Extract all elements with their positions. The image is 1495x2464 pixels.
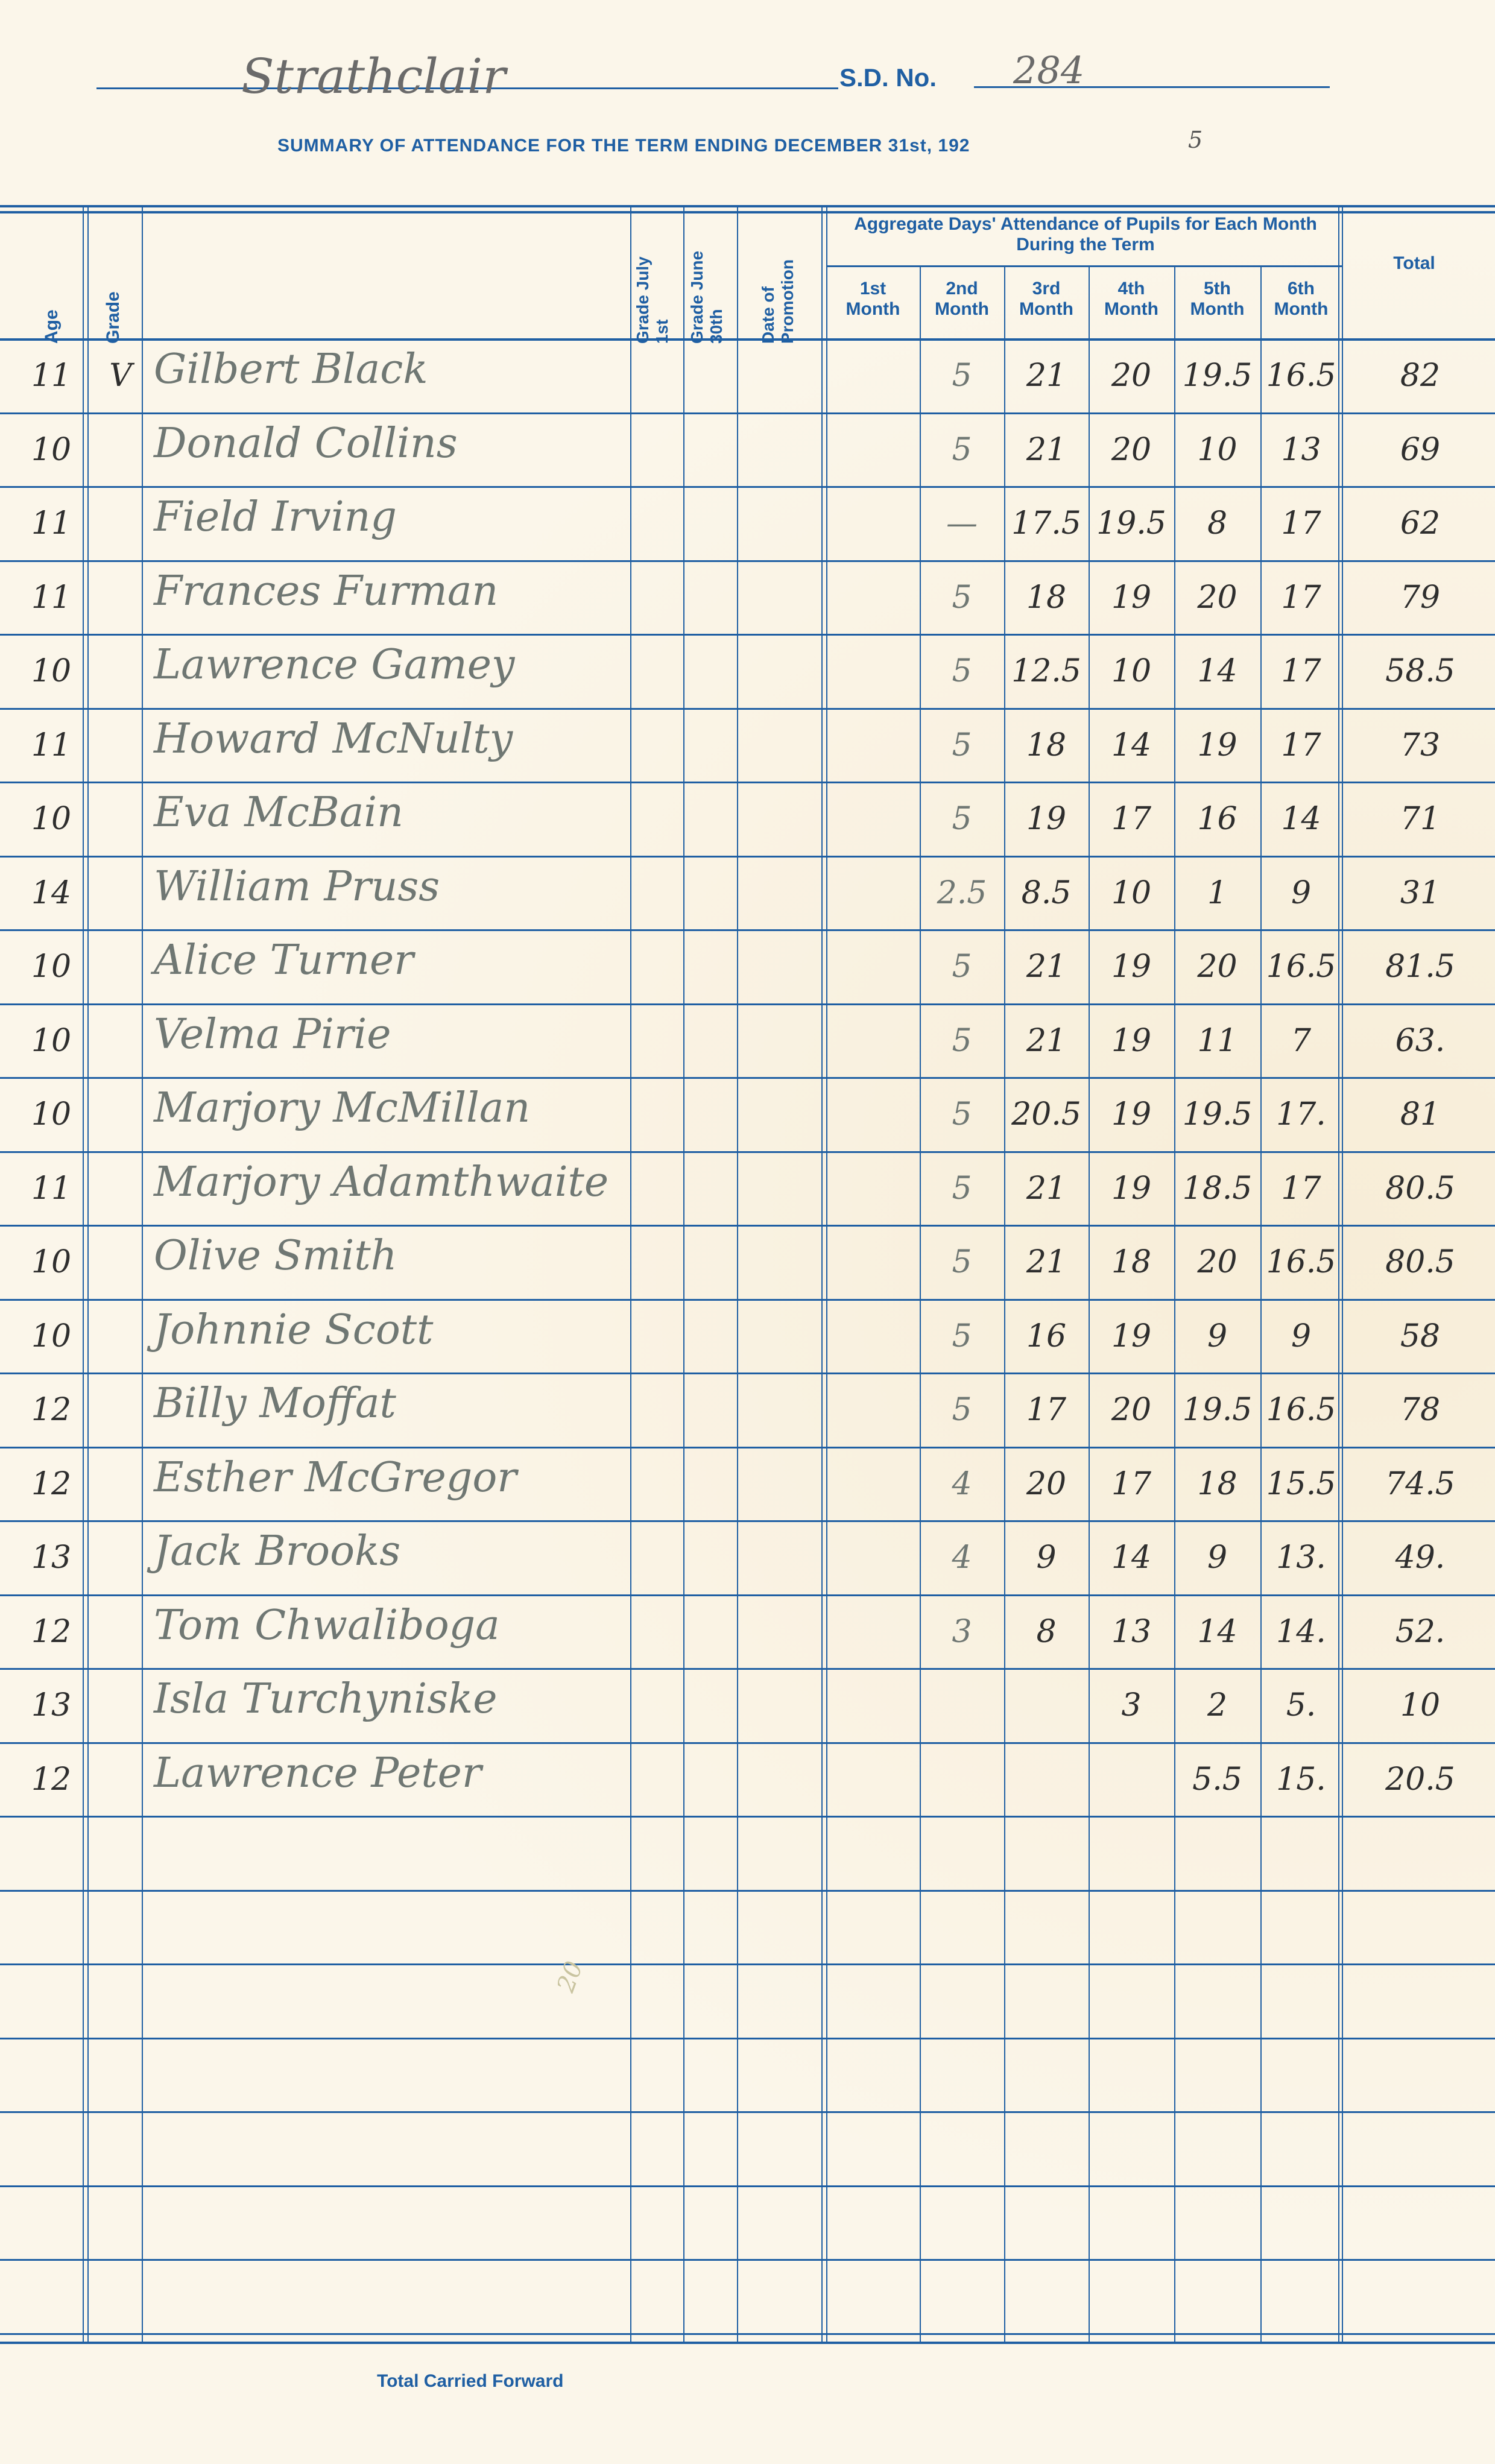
table-rule <box>0 1003 1495 1005</box>
pupil-name: Velma Pirie <box>154 1017 391 1053</box>
table-rule <box>0 2342 1495 2344</box>
attendance-month-6: 14. <box>1259 1614 1344 1650</box>
attendance-month-3: 9 <box>1004 1540 1089 1576</box>
pupil-age: 10 <box>12 1244 90 1280</box>
pupil-name: Howard McNulty <box>154 721 513 757</box>
attendance-total: 10 <box>1354 1687 1487 1723</box>
attendance-total: 49. <box>1354 1540 1487 1576</box>
attendance-month-3: 8.5 <box>1004 875 1089 911</box>
attendance-month-6: 9 <box>1259 1318 1344 1354</box>
attendance-month-6: 16.5 <box>1259 1244 1344 1280</box>
attendance-month-4: 19 <box>1089 580 1174 616</box>
school-name: Strathclair <box>241 48 505 104</box>
column-header-promotion: Date of Promotion <box>759 211 798 344</box>
attendance-month-6: 17 <box>1259 727 1344 763</box>
attendance-month-2: 5 <box>920 1318 1004 1354</box>
attendance-month-2: 5 <box>920 949 1004 985</box>
pupil-name: Olive Smith <box>154 1238 397 1274</box>
column-header-total: Total <box>1345 253 1484 274</box>
column-rule <box>826 205 827 2344</box>
attendance-total: 69 <box>1354 432 1487 468</box>
attendance-month-3: 18 <box>1004 580 1089 616</box>
table-rule <box>0 2185 1495 2187</box>
attendance-total: 73 <box>1354 727 1487 763</box>
table-rule <box>0 1299 1495 1301</box>
table-rule <box>0 1447 1495 1448</box>
attendance-month-6: 7 <box>1259 1023 1344 1059</box>
attendance-month-5: 2 <box>1175 1687 1260 1723</box>
attendance-total: 74.5 <box>1354 1466 1487 1502</box>
attendance-month-5: 14 <box>1175 653 1260 689</box>
attendance-month-4: 17 <box>1089 801 1174 837</box>
attendance-month-3: 8 <box>1004 1614 1089 1650</box>
attendance-month-3: 19 <box>1004 801 1089 837</box>
summary-year-digit: 5 <box>1188 127 1203 153</box>
attendance-month-6: 16.5 <box>1259 1392 1344 1428</box>
pupil-age: 11 <box>12 1170 90 1207</box>
pupil-age: 13 <box>12 1687 90 1723</box>
pupil-age: 12 <box>12 1761 90 1798</box>
pupil-name: Field Irving <box>154 499 397 535</box>
table-rule <box>0 1151 1495 1153</box>
pupil-name: Marjory Adamthwaite <box>154 1164 608 1201</box>
pupil-name: Alice Turner <box>154 943 414 979</box>
column-rule <box>737 205 738 2344</box>
column-header-month-4: 4thMonth <box>1089 279 1174 320</box>
attendance-month-4: 14 <box>1089 1540 1174 1576</box>
attendance-month-5: 8 <box>1175 505 1260 542</box>
pupil-name: Johnnie Scott <box>154 1312 433 1348</box>
attendance-month-5: 11 <box>1175 1023 1260 1059</box>
attendance-month-4: 20 <box>1089 1392 1174 1428</box>
attendance-total: 82 <box>1354 358 1487 394</box>
total-carried-forward-label: Total Carried Forward <box>377 2371 564 2392</box>
column-rule <box>683 205 684 2344</box>
attendance-month-5: 20 <box>1175 580 1260 616</box>
summary-title: SUMMARY OF ATTENDANCE FOR THE TERM ENDIN… <box>277 136 970 156</box>
attendance-month-4: 10 <box>1089 653 1174 689</box>
attendance-total: 80.5 <box>1354 1170 1487 1207</box>
attendance-month-3: 21 <box>1004 949 1089 985</box>
attendance-month-5: 19.5 <box>1175 1096 1260 1132</box>
column-rule <box>821 205 823 2344</box>
attendance-total: 52. <box>1354 1614 1487 1650</box>
attendance-month-2: 5 <box>920 1170 1004 1207</box>
column-rule <box>920 265 921 2344</box>
attendance-month-5: 14 <box>1175 1614 1260 1650</box>
attendance-month-5: 9 <box>1175 1540 1260 1576</box>
attendance-total: 31 <box>1354 875 1487 911</box>
column-header-month-6: 6thMonth <box>1260 279 1342 320</box>
attendance-total: 71 <box>1354 801 1487 837</box>
attendance-month-2: 5 <box>920 1023 1004 1059</box>
pupil-name: Jack Brooks <box>154 1534 400 1570</box>
pupil-age: 10 <box>12 432 90 468</box>
attendance-month-4: 20 <box>1089 432 1174 468</box>
attendance-month-2: 5 <box>920 801 1004 837</box>
column-rule <box>630 205 631 2344</box>
pupil-name: Gilbert Black <box>154 352 428 388</box>
pupil-age: 10 <box>12 801 90 837</box>
table-rule <box>0 1373 1495 1374</box>
attendance-month-5: 5.5 <box>1175 1761 1260 1798</box>
attendance-month-2: 5 <box>920 1244 1004 1280</box>
attendance-month-5: 19.5 <box>1175 1392 1260 1428</box>
attendance-month-2: — <box>920 505 1004 542</box>
attendance-month-3: 20 <box>1004 1466 1089 1502</box>
attendance-month-5: 18.5 <box>1175 1170 1260 1207</box>
attendance-month-4: 19 <box>1089 1096 1174 1132</box>
attendance-total: 78 <box>1354 1392 1487 1428</box>
attendance-month-2: 4 <box>920 1540 1004 1576</box>
attendance-month-3: 21 <box>1004 358 1089 394</box>
table-rule <box>0 708 1495 710</box>
attendance-month-2: 4 <box>920 1466 1004 1502</box>
table-rule <box>0 560 1495 562</box>
column-rule <box>142 205 143 2344</box>
attendance-month-5: 9 <box>1175 1318 1260 1354</box>
attendance-month-4: 19 <box>1089 1170 1174 1207</box>
attendance-month-3: 17 <box>1004 1392 1089 1428</box>
attendance-total: 81.5 <box>1354 949 1487 985</box>
column-header-age: Age <box>42 289 62 344</box>
table-rule <box>0 2259 1495 2261</box>
pupil-age: 13 <box>12 1540 90 1576</box>
attendance-month-5: 18 <box>1175 1466 1260 1502</box>
attendance-month-2: 2.5 <box>920 875 1004 911</box>
pupil-age: 12 <box>12 1614 90 1650</box>
attendance-month-4: 18 <box>1089 1244 1174 1280</box>
pupil-grade: V <box>90 358 151 394</box>
attendance-month-5: 20 <box>1175 1244 1260 1280</box>
pupil-age: 11 <box>12 358 90 394</box>
pupil-name: Billy Moffat <box>154 1386 396 1422</box>
table-rule <box>0 2038 1495 2039</box>
attendance-month-5: 20 <box>1175 949 1260 985</box>
table-rule <box>0 634 1495 636</box>
attendance-month-6: 13. <box>1259 1540 1344 1576</box>
attendance-month-6: 13 <box>1259 432 1344 468</box>
table-rule <box>0 1594 1495 1596</box>
table-rule <box>0 2111 1495 2113</box>
pupil-name: William Pruss <box>154 869 440 905</box>
attendance-month-6: 9 <box>1259 875 1344 911</box>
pupil-name: Isla Turchyniske <box>154 1681 498 1717</box>
attendance-month-5: 16 <box>1175 801 1260 837</box>
table-rule <box>0 1816 1495 1818</box>
attendance-month-6: 17 <box>1259 580 1344 616</box>
pupil-age: 12 <box>12 1466 90 1502</box>
attendance-month-4: 10 <box>1089 875 1174 911</box>
attendance-month-5: 19 <box>1175 727 1260 763</box>
attendance-total: 81 <box>1354 1096 1487 1132</box>
attendance-month-3: 21 <box>1004 432 1089 468</box>
attendance-month-4: 17 <box>1089 1466 1174 1502</box>
attendance-month-6: 17 <box>1259 653 1344 689</box>
attendance-month-3: 21 <box>1004 1244 1089 1280</box>
attendance-month-4: 13 <box>1089 1614 1174 1650</box>
pupil-name: Tom Chwaliboga <box>154 1608 500 1644</box>
attendance-month-2: 5 <box>920 358 1004 394</box>
attendance-month-2: 5 <box>920 580 1004 616</box>
table-rule <box>0 2333 1495 2335</box>
attendance-total: 20.5 <box>1354 1761 1487 1798</box>
attendance-month-3: 20.5 <box>1004 1096 1089 1132</box>
pupil-name: Donald Collins <box>154 426 458 462</box>
attendance-month-6: 17. <box>1259 1096 1344 1132</box>
attendance-month-6: 5. <box>1259 1687 1344 1723</box>
pupil-name: Lawrence Gamey <box>154 647 514 683</box>
attendance-month-2: 3 <box>920 1614 1004 1650</box>
attendance-month-6: 17 <box>1259 1170 1344 1207</box>
pupil-age: 14 <box>12 875 90 911</box>
column-header-aggregate: Aggregate Days' Attendance of Pupils for… <box>829 214 1342 255</box>
attendance-month-3: 21 <box>1004 1170 1089 1207</box>
column-rule <box>1004 265 1005 2344</box>
column-header-month-3: 3rdMonth <box>1004 279 1089 320</box>
attendance-month-2: 5 <box>920 1096 1004 1132</box>
attendance-total: 58.5 <box>1354 653 1487 689</box>
table-rule <box>0 205 1495 207</box>
table-rule <box>0 782 1495 783</box>
column-header-grade-june: Grade June 30th <box>687 217 727 344</box>
attendance-month-3: 12.5 <box>1004 653 1089 689</box>
attendance-month-4: 20 <box>1089 358 1174 394</box>
attendance-month-6: 14 <box>1259 801 1344 837</box>
attendance-month-5: 10 <box>1175 432 1260 468</box>
table-rule <box>0 856 1495 858</box>
attendance-month-4: 19 <box>1089 949 1174 985</box>
attendance-total: 80.5 <box>1354 1244 1487 1280</box>
pupil-age: 12 <box>12 1392 90 1428</box>
attendance-month-6: 15.5 <box>1259 1466 1344 1502</box>
attendance-month-3: 21 <box>1004 1023 1089 1059</box>
column-rule <box>1089 265 1090 2344</box>
attendance-month-4: 19.5 <box>1089 505 1174 542</box>
column-header-month-2: 2ndMonth <box>920 279 1004 320</box>
attendance-month-6: 15. <box>1259 1761 1344 1798</box>
table-rule <box>0 1225 1495 1227</box>
table-rule <box>826 265 1342 267</box>
attendance-total: 79 <box>1354 580 1487 616</box>
pupil-name: Frances Furman <box>154 573 498 610</box>
pupil-name: Marjory McMillan <box>154 1090 530 1126</box>
column-rule <box>1260 265 1262 2344</box>
attendance-month-6: 16.5 <box>1259 949 1344 985</box>
attendance-month-5: 19.5 <box>1175 358 1260 394</box>
attendance-month-6: 17 <box>1259 505 1344 542</box>
pupil-age: 11 <box>12 580 90 616</box>
sd-number: 284 <box>1013 48 1084 92</box>
attendance-total: 62 <box>1354 505 1487 542</box>
attendance-month-2: 5 <box>920 1392 1004 1428</box>
attendance-month-4: 19 <box>1089 1023 1174 1059</box>
table-rule <box>0 929 1495 931</box>
attendance-total: 63. <box>1354 1023 1487 1059</box>
table-rule <box>0 412 1495 414</box>
column-header-grade: Grade <box>104 271 123 344</box>
pupil-age: 10 <box>12 653 90 689</box>
pupil-age: 10 <box>12 1096 90 1132</box>
column-header-month-5: 5thMonth <box>1174 279 1260 320</box>
pupil-age: 11 <box>12 727 90 763</box>
table-rule <box>0 1890 1495 1892</box>
table-rule <box>0 1668 1495 1670</box>
attendance-month-2: 5 <box>920 653 1004 689</box>
table-rule <box>0 211 1495 213</box>
table-rule <box>0 1963 1495 1965</box>
attendance-month-5: 1 <box>1175 875 1260 911</box>
table-rule <box>0 486 1495 488</box>
column-header-grade-july: Grade July 1st <box>633 229 673 344</box>
table-rule <box>0 1077 1495 1079</box>
attendance-month-2: 5 <box>920 727 1004 763</box>
column-rule <box>1174 265 1175 2344</box>
pupil-age: 10 <box>12 1023 90 1059</box>
column-header-month-1: 1stMonth <box>826 279 920 320</box>
pupil-name: Lawrence Peter <box>154 1755 481 1792</box>
table-rule <box>0 338 1495 341</box>
attendance-total: 58 <box>1354 1318 1487 1354</box>
table-rule <box>0 1520 1495 1522</box>
attendance-month-4: 19 <box>1089 1318 1174 1354</box>
attendance-month-2: 5 <box>920 432 1004 468</box>
attendance-month-3: 17.5 <box>1004 505 1089 542</box>
table-rule <box>0 1742 1495 1744</box>
pupil-name: Esther McGregor <box>154 1460 517 1496</box>
pupil-age: 11 <box>12 505 90 542</box>
attendance-month-3: 18 <box>1004 727 1089 763</box>
sd-number-label: S.D. No. <box>839 63 937 92</box>
attendance-month-6: 16.5 <box>1259 358 1344 394</box>
attendance-month-3: 16 <box>1004 1318 1089 1354</box>
pupil-age: 10 <box>12 949 90 985</box>
pupil-name: Eva McBain <box>154 795 403 831</box>
pupil-age: 10 <box>12 1318 90 1354</box>
attendance-month-4: 3 <box>1089 1687 1174 1723</box>
attendance-month-4: 14 <box>1089 727 1174 763</box>
